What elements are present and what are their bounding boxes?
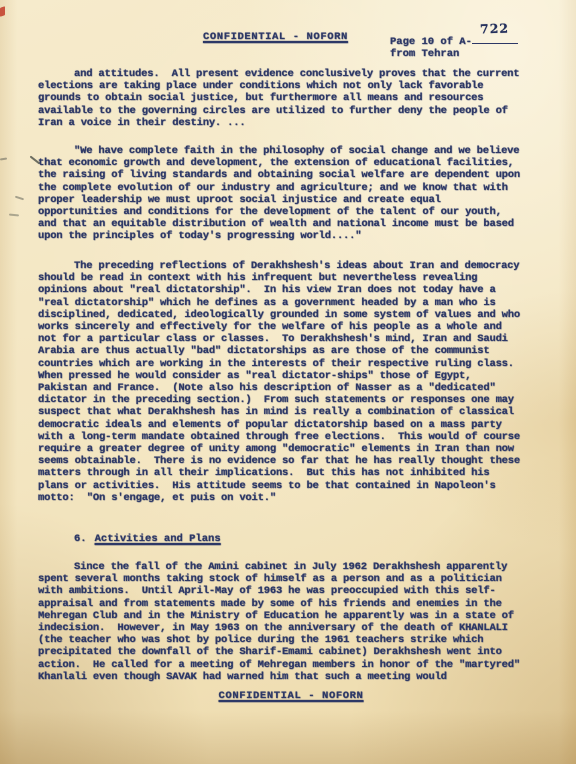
- pencil-margin-mark: [0, 158, 7, 161]
- page-reference: Page 10 of A-722 from Tehran: [390, 33, 518, 60]
- paragraph: and attitudes. All present evidence conc…: [38, 68, 522, 129]
- paragraph-quote: "We have complete faith in the philosoph…: [38, 145, 522, 243]
- document-page: CONFIDENTIAL - NOFORN Page 10 of A-722 f…: [0, 0, 576, 764]
- red-margin-mark: [0, 6, 5, 17]
- section-title: Activities and Plans: [95, 533, 221, 545]
- handwritten-dispatch-number: 722: [480, 22, 509, 35]
- classification-footer: CONFIDENTIAL - NOFORN: [24, 690, 558, 702]
- page-ref-line: Page 10 of A-722: [390, 33, 518, 48]
- classification-header: CONFIDENTIAL - NOFORN: [203, 31, 348, 43]
- page-ref-prefix: Page 10 of A-: [390, 36, 472, 48]
- pencil-margin-mark: [15, 196, 24, 200]
- pencil-margin-mark: [9, 213, 19, 216]
- paragraph: The preceding reflections of Derakhshesh…: [38, 260, 522, 504]
- section-heading: 6.Activities and Plans: [74, 533, 221, 545]
- origin-line: from Tehran: [390, 48, 518, 60]
- paragraph: Since the fall of the Amini cabinet in J…: [38, 561, 522, 683]
- section-number: 6.: [74, 533, 87, 545]
- fill-in-line: 722: [472, 33, 518, 44]
